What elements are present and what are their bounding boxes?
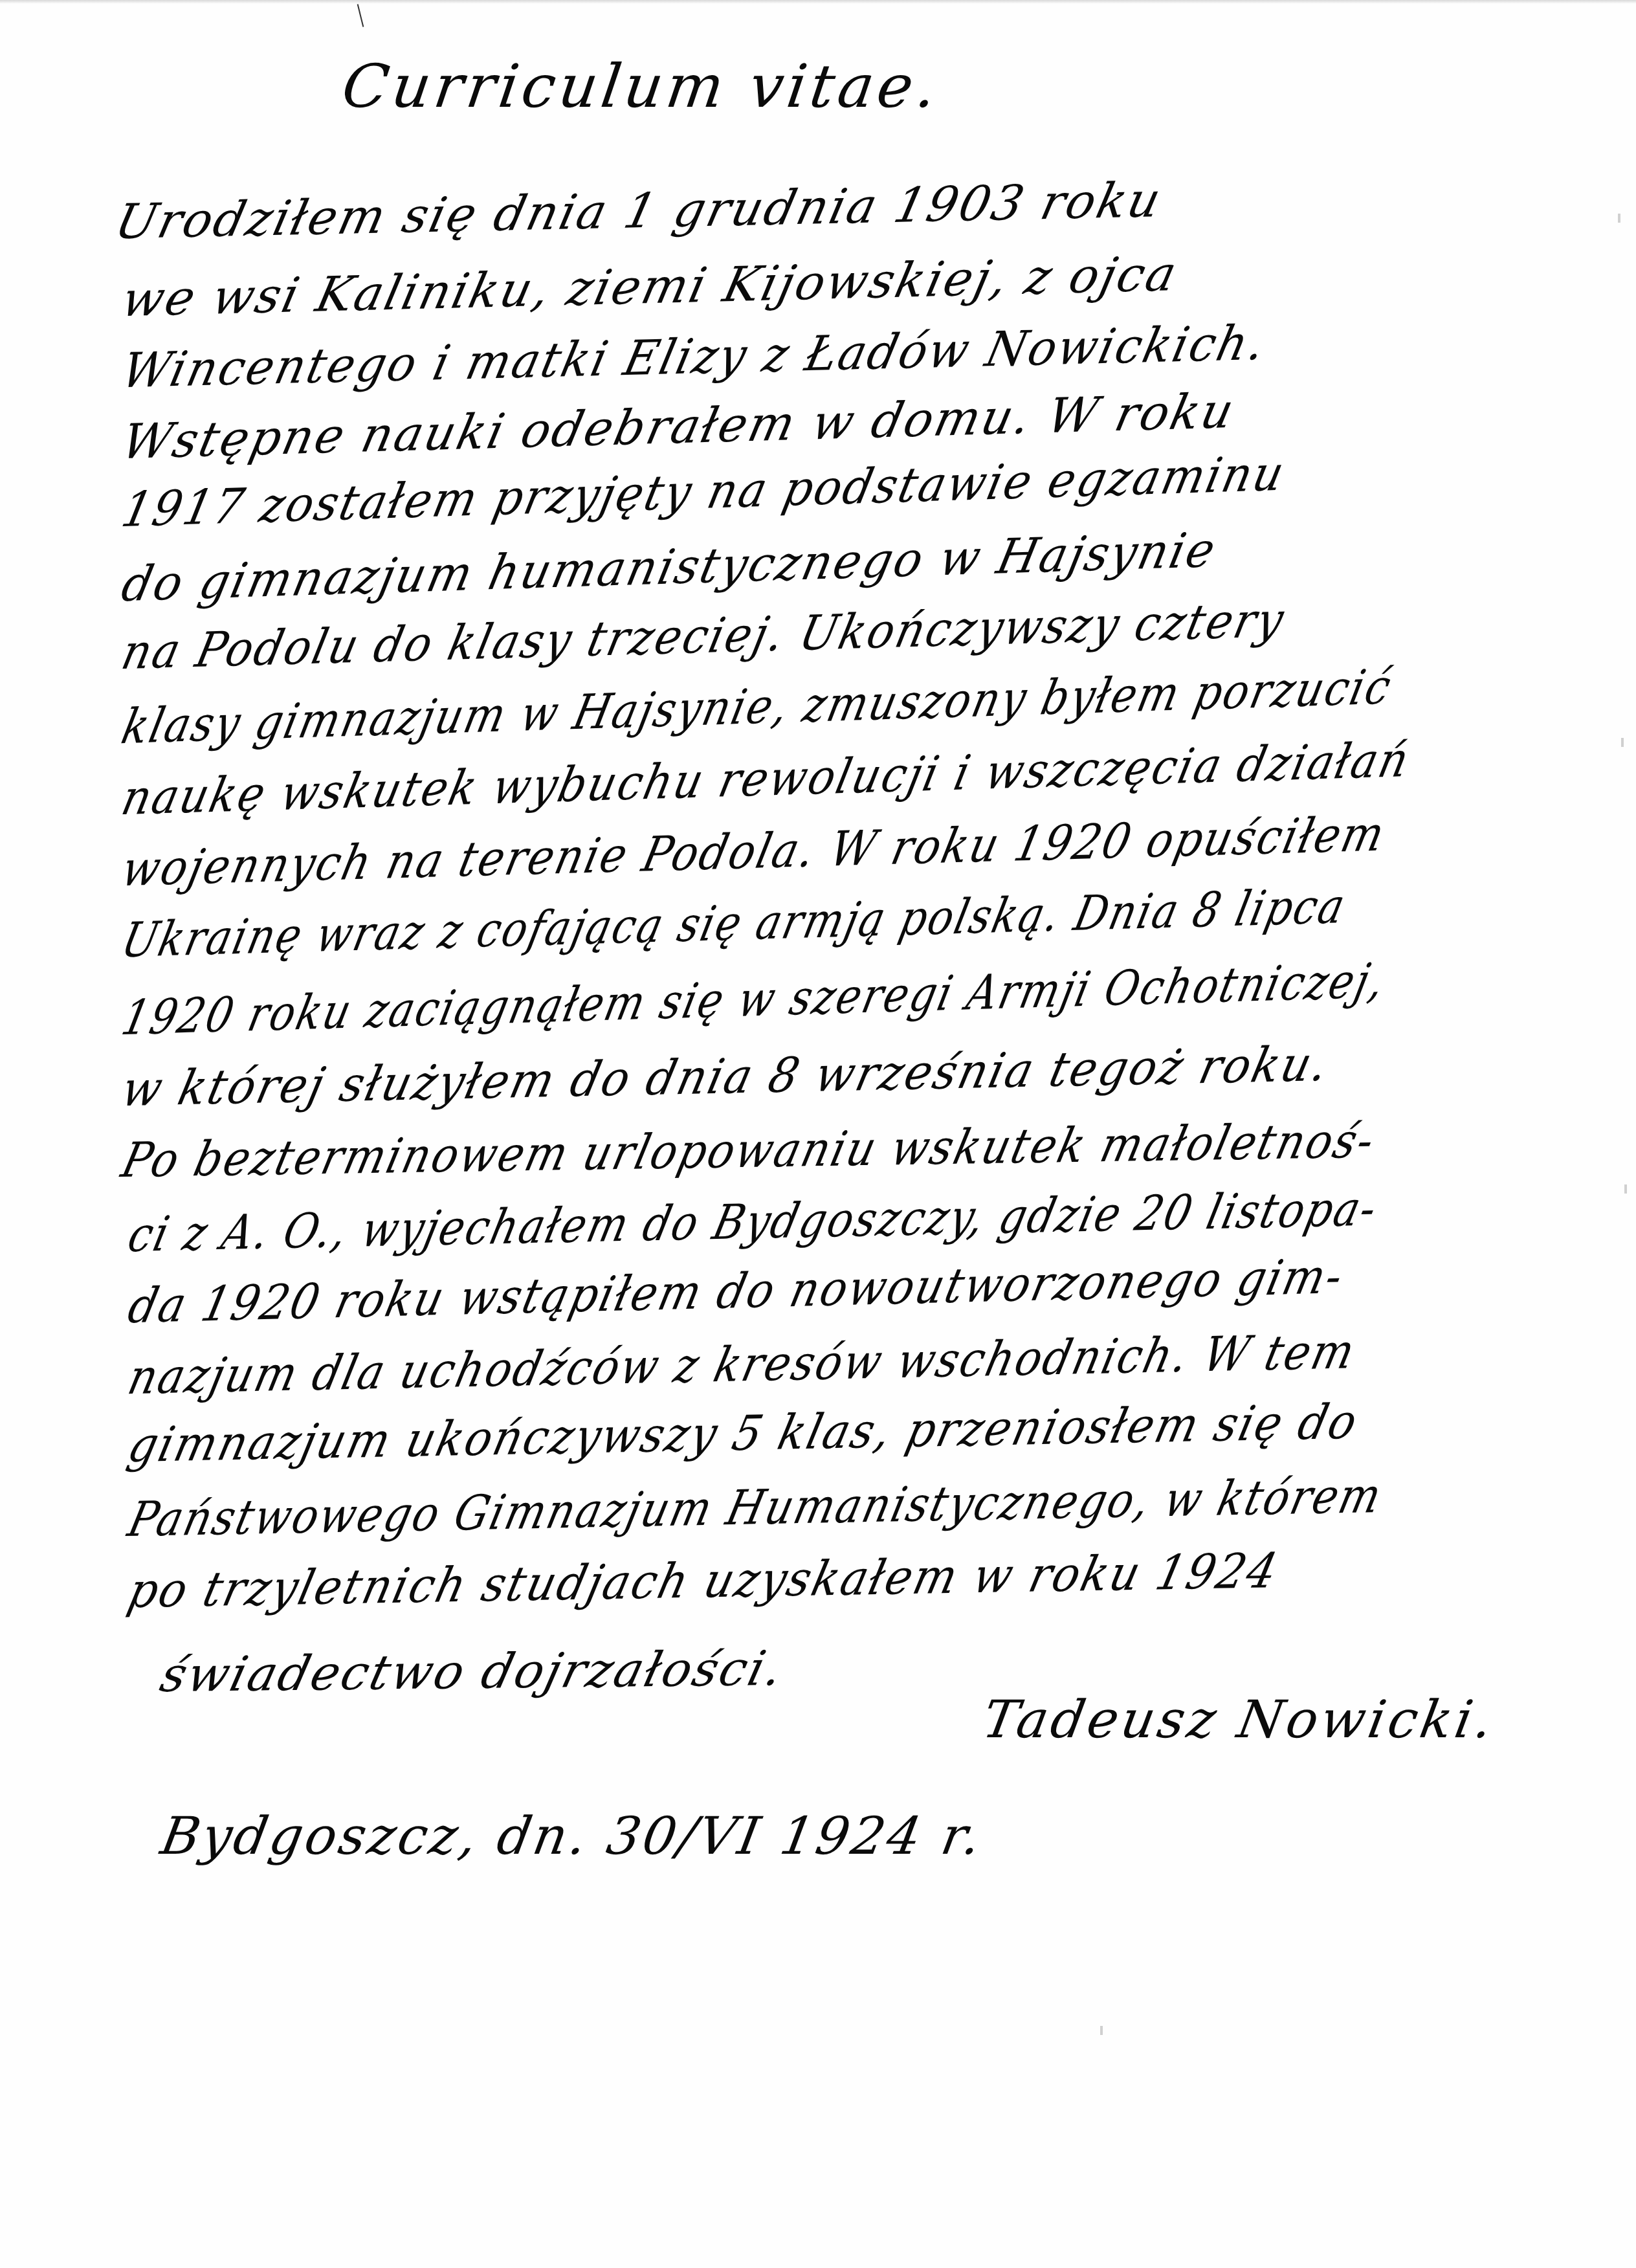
body-line: gimnazjum ukończywszy 5 klas, przeniosłe… <box>123 1394 1364 1473</box>
document-title: Curriculum vitae. <box>338 52 944 121</box>
signature: Tadeusz Nowicki. <box>978 1689 1500 1750</box>
scan-top-edge <box>0 0 1636 4</box>
scan-artifact <box>1100 2026 1103 2035</box>
body-line: Po bezterminowem urlopowaniu wskutek mał… <box>116 1113 1381 1188</box>
body-line: w której służyłem do dnia 8 września teg… <box>116 1036 1335 1117</box>
body-line: da 1920 roku wstąpiłem do nowoutworzoneg… <box>123 1249 1349 1334</box>
place-and-date: Bydgoszcz, dn. 30/VI 1924 r. <box>157 1806 988 1866</box>
body-line: świadectwo dojrzałości. <box>155 1641 790 1703</box>
scan-artifact <box>1618 214 1620 223</box>
scan-artifact <box>1621 738 1624 747</box>
body-line: ci z A. O., wyjechałem do Bydgoszczy, gd… <box>123 1181 1383 1263</box>
document-page: Curriculum vitae. Urodziłem się dnia 1 g… <box>0 0 1636 2268</box>
body-line: Urodziłem się dnia 1 grudnia 1903 roku <box>110 172 1167 250</box>
body-line: Wincentego i matki Elizy z Ładów Nowicki… <box>116 315 1272 399</box>
body-line: 1920 roku zaciągnąłem się w szeregi Armj… <box>117 953 1391 1046</box>
body-line: Państwowego Gimnazjum Humanistycznego, w… <box>123 1468 1388 1548</box>
body-line: po trzyletnich studjach uzyskałem w roku… <box>123 1543 1284 1619</box>
body-line: we wsi Kaliniku, ziemi Kijowskiej, z ojc… <box>116 246 1183 328</box>
pen-stroke-mark <box>357 4 364 27</box>
body-line: nazjum dla uchodźców z kresów wschodnich… <box>123 1324 1361 1405</box>
scan-artifact <box>1624 1184 1627 1194</box>
